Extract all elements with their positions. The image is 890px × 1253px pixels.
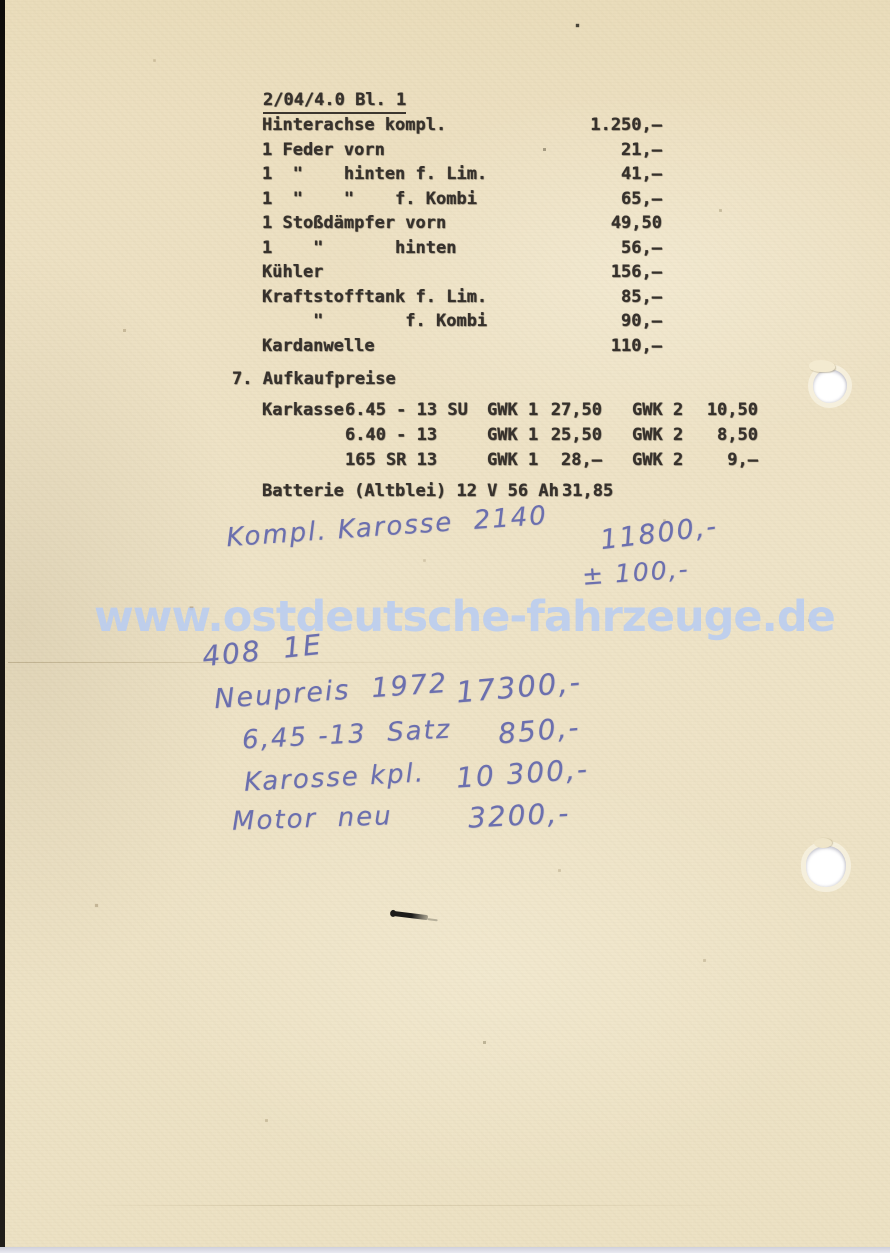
item-label: Kardanwelle (262, 334, 375, 359)
item-price: 41,— (621, 162, 662, 187)
handwriting-motor-value: 3200,- (467, 796, 571, 834)
battery-price: 31,85 (562, 479, 613, 504)
item-price: 21,— (621, 138, 662, 163)
price-row: 1 " " f. Kombi 65,— (4, 187, 890, 212)
watermark: www.ostdeutsche-fahrzeuge.de (94, 592, 835, 642)
item-price: 110,— (611, 334, 662, 359)
item-price: 90,— (621, 309, 662, 334)
handwriting-motor-label: Motor neu (232, 801, 394, 837)
price-row: Hinterachse kompl. 1.250,— (4, 113, 890, 138)
karkasse-row: 165 SR 13 GWK 1 28,— GWK 2 9,— (4, 448, 890, 473)
tire-size: 6.40 - 13 (345, 423, 437, 448)
karkasse-label: Karkasse (262, 398, 344, 423)
price-row: 1 " hinten f. Lim. 41,— (4, 162, 890, 187)
gwk1-price: 27,50 (522, 398, 602, 423)
price-row: 1 " hinten 56,— (4, 236, 890, 261)
item-price: 49,50 (611, 211, 662, 236)
item-label: 1 Feder vorn (262, 138, 385, 163)
crease-line (64, 1205, 764, 1206)
battery-row: Batterie (Altblei) 12 V 56 Ah 31,85 (4, 479, 890, 504)
section-title: 7. Aufkaufpreise (232, 369, 396, 389)
handwriting-neupreis-value: 17300,- (455, 665, 583, 710)
scanned-document: 2/04/4.0 Bl. 1 Hinterachse kompl. 1.250,… (0, 0, 890, 1253)
gwk1-price: 28,— (522, 448, 602, 473)
gwk1-price: 25,50 (522, 423, 602, 448)
gwk2-price: 9,— (676, 448, 758, 473)
handwriting-satz-label: 6,45 -13 Satz (241, 715, 452, 756)
bottom-scan-edge (0, 1247, 890, 1253)
karkasse-row: Karkasse 6.45 - 13 SU GWK 1 27,50 GWK 2 … (4, 398, 890, 423)
handwriting-karosse-kpl-label: Karosse kpl. (243, 758, 425, 797)
gwk2-price: 8,50 (676, 423, 758, 448)
handwriting-plusminus-note: ± 100,- (581, 554, 690, 590)
battery-label: Batterie (Altblei) 12 V 56 Ah (262, 479, 559, 504)
item-label: 1 " " f. Kombi (262, 187, 477, 212)
ink-mark (392, 911, 428, 920)
price-row: Kraftstofftank f. Lim. 85,— (4, 285, 890, 310)
item-price: 1.250,— (590, 113, 662, 138)
item-label: 1 " hinten (262, 236, 456, 261)
item-price: 56,— (621, 236, 662, 261)
item-price: 65,— (621, 187, 662, 212)
handwriting-karosse-label: Kompl. Karosse 2140 (225, 501, 548, 553)
karkasse-table: Karkasse 6.45 - 13 SU GWK 1 27,50 GWK 2 … (4, 398, 890, 474)
karkasse-row: 6.40 - 13 GWK 1 25,50 GWK 2 8,50 (4, 423, 890, 448)
item-label: Kraftstofftank f. Lim. (262, 285, 487, 310)
item-label: 1 Stoßdämpfer vorn (262, 211, 446, 236)
item-label: " f. Kombi (262, 309, 487, 334)
tire-size: 165 SR 13 (345, 448, 437, 473)
gwk2-price: 10,50 (676, 398, 758, 423)
item-label: Hinterachse kompl. (262, 113, 446, 138)
paper-sheet: 2/04/4.0 Bl. 1 Hinterachse kompl. 1.250,… (4, 0, 890, 1247)
item-label: Kühler (262, 260, 323, 285)
item-price: 156,— (611, 260, 662, 285)
handwriting-satz-value: 850,- (497, 710, 582, 750)
handwriting-karosse-kpl-value: 10 300,- (455, 752, 590, 794)
handwriting-neupreis-label: Neupreis 1972 (213, 668, 449, 715)
price-list: Hinterachse kompl. 1.250,— 1 Feder vorn … (4, 113, 890, 358)
price-row: 1 Stoßdämpfer vorn 49,50 (4, 211, 890, 236)
item-label: 1 " hinten f. Lim. (262, 162, 487, 187)
left-scan-edge (0, 0, 5, 1253)
item-price: 85,— (621, 285, 662, 310)
tire-size: 6.45 - 13 SU (345, 398, 468, 423)
price-row: " f. Kombi 90,— (4, 309, 890, 334)
price-row: Kardanwelle 110,— (4, 334, 890, 359)
page-title: 2/04/4.0 Bl. 1 (263, 90, 406, 114)
price-row: Kühler 156,— (4, 260, 890, 285)
punch-hole-bottom (806, 846, 846, 887)
handwriting-karosse-price: 11800,- (599, 511, 720, 556)
price-row: 1 Feder vorn 21,— (4, 138, 890, 163)
